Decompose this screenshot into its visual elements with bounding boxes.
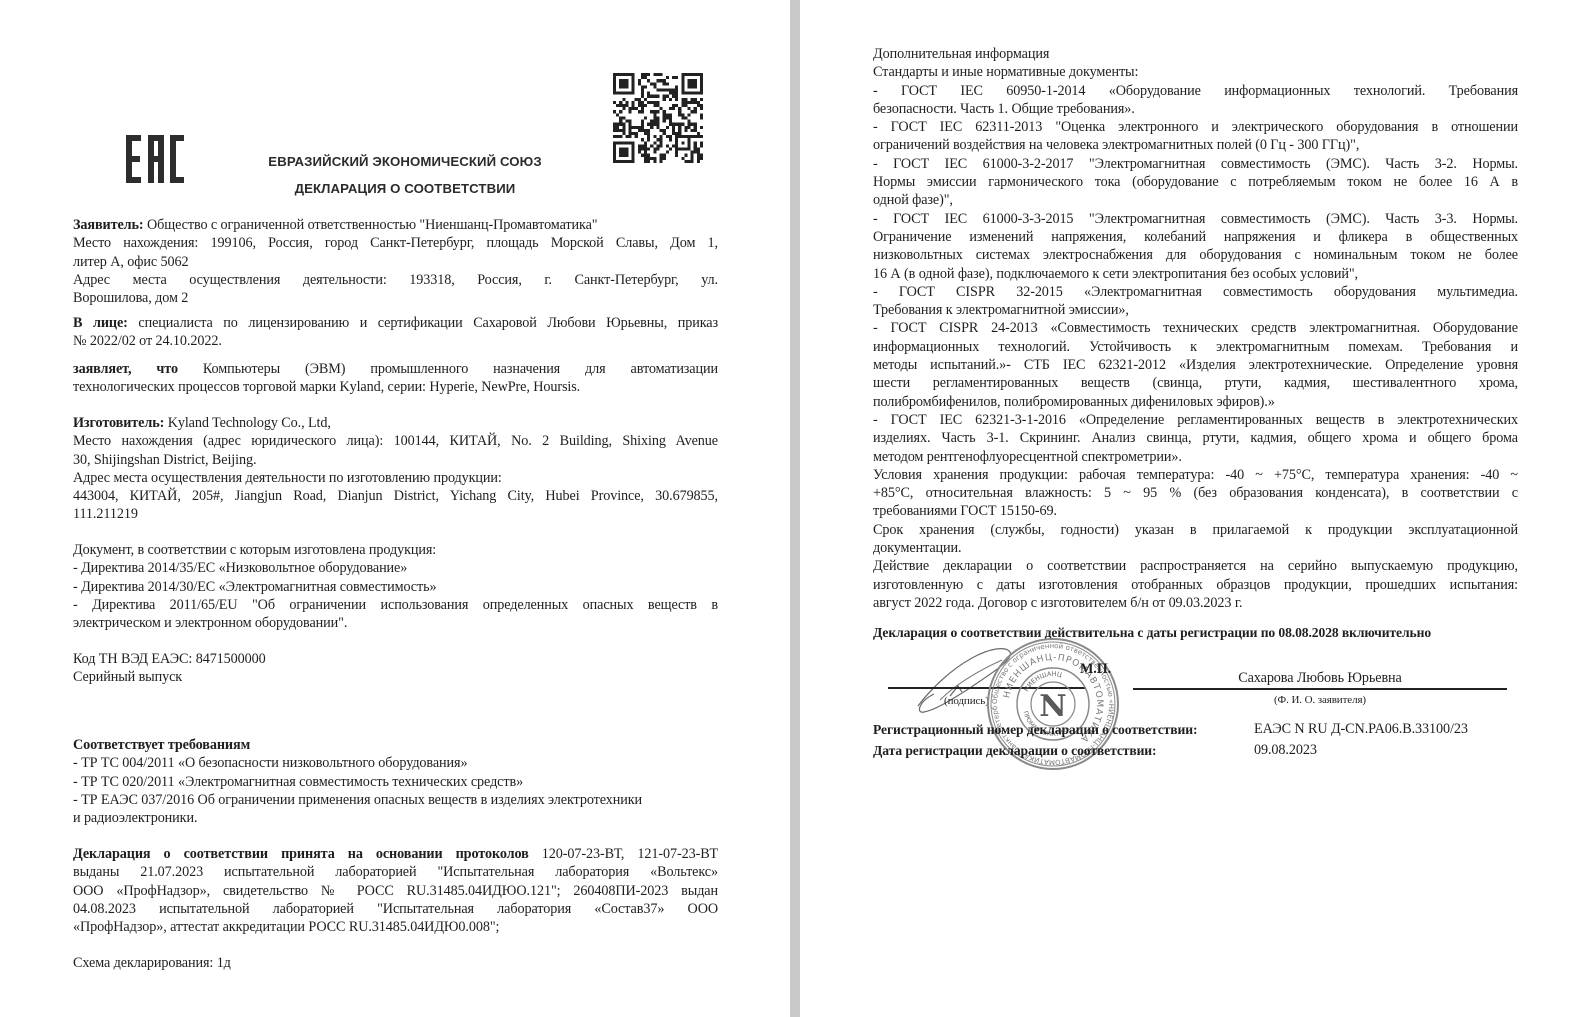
tn-ved-code: Код ТН ВЭД ЕАЭС: 8471500000 bbox=[73, 650, 718, 668]
standards-line: - ГОСТ IEC 61000-3-3-2015 "Электромагнит… bbox=[873, 210, 1518, 228]
standards-line: одной фазе)", bbox=[873, 191, 1518, 209]
standards-line: - ГОСТ IEC 62311-2013 "Оценка электронно… bbox=[873, 118, 1518, 136]
standards-label: Стандарты и иные нормативные документы: bbox=[873, 63, 1518, 81]
registration-date-value: 09.08.2023 bbox=[1254, 741, 1317, 759]
applicant-name: Общество с ограниченной ответственностью… bbox=[144, 217, 598, 233]
signer-caption: (Ф. И. О. заявителя) bbox=[1133, 691, 1507, 709]
eac-logo-icon bbox=[126, 135, 184, 183]
standards-line: Условия хранения продукции: рабочая темп… bbox=[873, 466, 1518, 484]
standards-line: Ограничение изменений напряжения, колеба… bbox=[873, 228, 1518, 246]
document-item: - Директива 2014/35/ЕС «Низковольтное об… bbox=[73, 559, 718, 577]
standards-line: низковольтных системах электроснабжения … bbox=[873, 246, 1518, 264]
standards-line: +85°С, относительная влажность: 5 ~ 95 %… bbox=[873, 484, 1518, 502]
standards-line: изготовленную с даты изготовления отобра… bbox=[873, 576, 1518, 594]
registration-number-value: ЕАЭС N RU Д-CN.PA06.B.33100/23 bbox=[1254, 720, 1468, 738]
union-name: ЕВРАЗИЙСКИЙ ЭКОНОМИЧЕСКИЙ СОЮЗ bbox=[245, 154, 565, 169]
requirement-item: - ТР ТС 004/2011 «О безопасности низково… bbox=[73, 754, 718, 772]
document-title: ДЕКЛАРАЦИЯ О СООТВЕТСТВИИ bbox=[245, 181, 565, 196]
manufacturer-section: Изготовитель: Kyland Technology Co., Ltd… bbox=[73, 414, 718, 524]
standards-line: документации. bbox=[873, 539, 1518, 557]
standards-line: Действие декларации о соответствии распр… bbox=[873, 557, 1518, 575]
declares-section: заявляет, что Компьютеры (ЭВМ) промышлен… bbox=[73, 360, 718, 397]
registration-date-label: Дата регистрации декларации о соответств… bbox=[873, 742, 1156, 760]
applicant-location: Место нахождения: 199106, Россия, город … bbox=[73, 234, 718, 252]
documents-section: Документ, в соответствии с которым изгот… bbox=[73, 541, 718, 632]
requirement-item: - ТР ЕАЭС 037/2016 Об ограничении примен… bbox=[73, 791, 718, 809]
standards-line: август 2022 года. Договор с изготовителе… bbox=[873, 594, 1518, 612]
applicant-label: Заявитель: bbox=[73, 217, 144, 233]
standards-line: - ГОСТ IEC 60950-1-2014 «Оборудование ин… bbox=[873, 82, 1518, 100]
document-item: - Директива 2011/65/EU "Об ограничении и… bbox=[73, 596, 718, 614]
standards-line: методом рентгенофлуоресцентной спектроме… bbox=[873, 448, 1518, 466]
svg-text:N: N bbox=[1039, 689, 1066, 724]
standards-line: ограничений воздействия на человека элек… bbox=[873, 136, 1518, 154]
standards-line: - ГОСТ IEC 62321-3-1-2016 «Определение р… bbox=[873, 411, 1518, 429]
protocols-section: Декларация о соответствии принята на осн… bbox=[73, 845, 718, 936]
standards-line: - ГОСТ CISPR 24-2013 «Совместимость техн… bbox=[873, 319, 1518, 337]
registration-number-label: Регистрационный номер декларации о соотв… bbox=[873, 721, 1197, 739]
additional-info: Дополнительная информация Стандарты и ин… bbox=[873, 45, 1518, 612]
standards-line: изделиях. Часть 3-1. Скрининг. Анализ св… bbox=[873, 429, 1518, 447]
applicant-activity-address: Адрес места осуществления деятельности: … bbox=[73, 271, 718, 289]
standards-line: шести регламентированных веществ (свинца… bbox=[873, 374, 1518, 392]
production-type: Серийный выпуск bbox=[73, 668, 718, 686]
requirement-item: - ТР ТС 020/2011 «Электромагнитная совме… bbox=[73, 773, 718, 791]
declaration-page-1: ЕВРАЗИЙСКИЙ ЭКОНОМИЧЕСКИЙ СОЮЗ ДЕКЛАРАЦИ… bbox=[0, 0, 790, 1017]
signature-caption: (подпись) bbox=[944, 692, 989, 710]
standards-line: информационных технологий. Устойчивость … bbox=[873, 338, 1518, 356]
signer-name-line bbox=[1133, 688, 1507, 690]
standards-line: - ГОСТ CISPR 32-2015 «Электромагнитная с… bbox=[873, 283, 1518, 301]
standards-line: полибромбифенилов, полибромированных диф… bbox=[873, 393, 1518, 411]
requirements-section: Соответствует требованиям - ТР ТС 004/20… bbox=[73, 736, 718, 827]
standards-line: - ГОСТ IEC 61000-3-2-2017 "Электромагнит… bbox=[873, 155, 1518, 173]
additional-info-title: Дополнительная информация bbox=[873, 45, 1518, 63]
applicant-section: Заявитель: Общество с ограниченной ответ… bbox=[73, 216, 718, 307]
standards-line: Нормы эмиссии гармонического тока (обору… bbox=[873, 173, 1518, 191]
standards-line: Срок хранения (службы, годности) указан … bbox=[873, 521, 1518, 539]
standards-line: безопасности. Часть 1. Общие требования»… bbox=[873, 100, 1518, 118]
represented-by: В лице: специалиста по лицензированию и … bbox=[73, 314, 718, 351]
standards-line: Требования к электромагнитной эмиссии», bbox=[873, 301, 1518, 319]
manufacturer-label: Изготовитель: bbox=[73, 415, 164, 431]
declaration-scheme: Схема декларирования: 1д bbox=[73, 954, 718, 972]
qr-code-icon bbox=[613, 73, 703, 163]
standards-line: требованиями ГОСТ 15150-69. bbox=[873, 502, 1518, 520]
standards-list: - ГОСТ IEC 60950-1-2014 «Оборудование ин… bbox=[873, 82, 1518, 613]
standards-line: методы испытаний.»- СТБ IEC 62321-2012 «… bbox=[873, 356, 1518, 374]
standards-line: 16 А (в одной фазе), подключаемого к сет… bbox=[873, 265, 1518, 283]
seal-place-label: М.П. bbox=[1080, 660, 1111, 678]
document-item: - Директива 2014/30/ЕС «Электромагнитная… bbox=[73, 578, 718, 596]
manufacturer-name: Kyland Technology Co., Ltd, bbox=[164, 415, 331, 431]
signer-name: Сахарова Любовь Юрьевна bbox=[1133, 669, 1507, 687]
codes-section: Код ТН ВЭД ЕАЭС: 8471500000 Серийный вып… bbox=[73, 650, 718, 687]
